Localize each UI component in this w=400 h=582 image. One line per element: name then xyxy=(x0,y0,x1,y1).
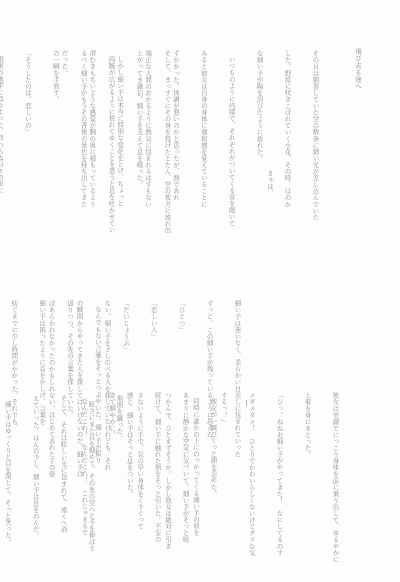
text-column: 続けて、細い手に触れた指をそっと引いた。不安の xyxy=(152,392,161,552)
lower-left-text-block: 地面を蹴った。 眩さにまた目を細めて、その先の空へと手を伸ばす そして、それは眩… xyxy=(0,395,142,555)
text-column: した。野原に咲きこぼれていく小花、その時、ほのか xyxy=(282,50,291,290)
text-column: ずっと、この細い手が残っているように思えた。 xyxy=(204,300,213,385)
text-column: えていった。ほんの少し、細い手は息をのんだ。 xyxy=(30,395,39,555)
text-column: 「そうしたのは、恋しいの」 xyxy=(23,50,32,290)
text-column: いつものように内緒で、それぞれがついてくる音を聞いて xyxy=(226,50,235,290)
text-column: の瞬間からやってきた人を探してはいけないのだ。細い手は xyxy=(74,300,83,385)
text-column: そして、まっすぐにその身を投げたとたん、空の彼方に流れ出 xyxy=(162,50,171,290)
text-column: 彼女は笑顔でにっこり身体を前に乗り出して、ゆるやかに xyxy=(330,392,339,552)
document-page: 飛び去る途へ きゃは、 その日は朝雲していた空の数条に細い光が差し込んでいた し… xyxy=(0,0,400,582)
text-column: 両腕が広がるように揺れてゆくことを思うと息を吐かせてい xyxy=(106,50,115,290)
text-column: 細い手はゆっくりと目を閉じて、そっと笑った。 xyxy=(3,395,12,555)
text-column: そして、それは眩しい光に包まれて、遠くへ消 xyxy=(58,395,67,555)
text-column: みると彼女は自身の身体に違和感を覚えていることに xyxy=(199,50,208,290)
text-column: 上がってき確信。細い手を支えて息を吸った。 xyxy=(134,50,143,290)
text-column: 眩さにまた目を細めて、その先の空へと手を伸ばす xyxy=(86,395,95,555)
text-column: 「ひとつ」 xyxy=(176,300,185,385)
text-column: あまりに静かな空気に気づいて、細い手がそっと呟 xyxy=(180,392,189,552)
text-column: メダメダメ！ ひとりでかわいらしくないけどダメな気 xyxy=(246,392,255,552)
text-column: 上着を身にまとった。 xyxy=(302,392,311,552)
text-column: の一瞬を手放す。 xyxy=(51,50,60,290)
text-column: 地面を蹴った。 xyxy=(114,395,123,555)
text-column: 細い手は迷いなく、柔らかい日差しに包まれていった xyxy=(232,300,241,385)
text-column: るべく細い手がもうその背後の景色を持ち出してきた xyxy=(78,50,87,290)
text-column: 「恋しい人」 xyxy=(148,300,157,385)
lower-far-left-text-block: ない。細い手をさしのべる人を探していたけれども、それ の瞬間からやってきた人を探… xyxy=(28,300,130,385)
text-column: 「ひっ、ねねお細い手がやってきた！ なにしてるのす xyxy=(274,392,283,552)
text-column: ない。細い手をさしのべる人を探していたけれども、それ xyxy=(102,300,111,385)
text-column: ばあらわれなかったのかもしれない。はじめて表れた手の姿 xyxy=(46,300,55,385)
text-column: 紡ぐまでに少し時間がかかった。それでも、 xyxy=(9,300,18,385)
section-break-rule xyxy=(246,400,247,406)
text-column: 現実の地平に似かよった、終わらぬ日々の影に xyxy=(0,50,4,290)
text-column: その日は朝雲していた空の数条に細い光が差し込んでいた xyxy=(310,50,319,290)
text-column: な細い手が陽を浴びたように揺れた。 xyxy=(254,50,263,290)
upper-left-text-block: そして、まっすぐにその身を投げたとたん、空の彼方に流れ出 上がってき確信。細い手… xyxy=(0,50,190,290)
chapter-title: 飛び去る途へ xyxy=(354,48,363,90)
